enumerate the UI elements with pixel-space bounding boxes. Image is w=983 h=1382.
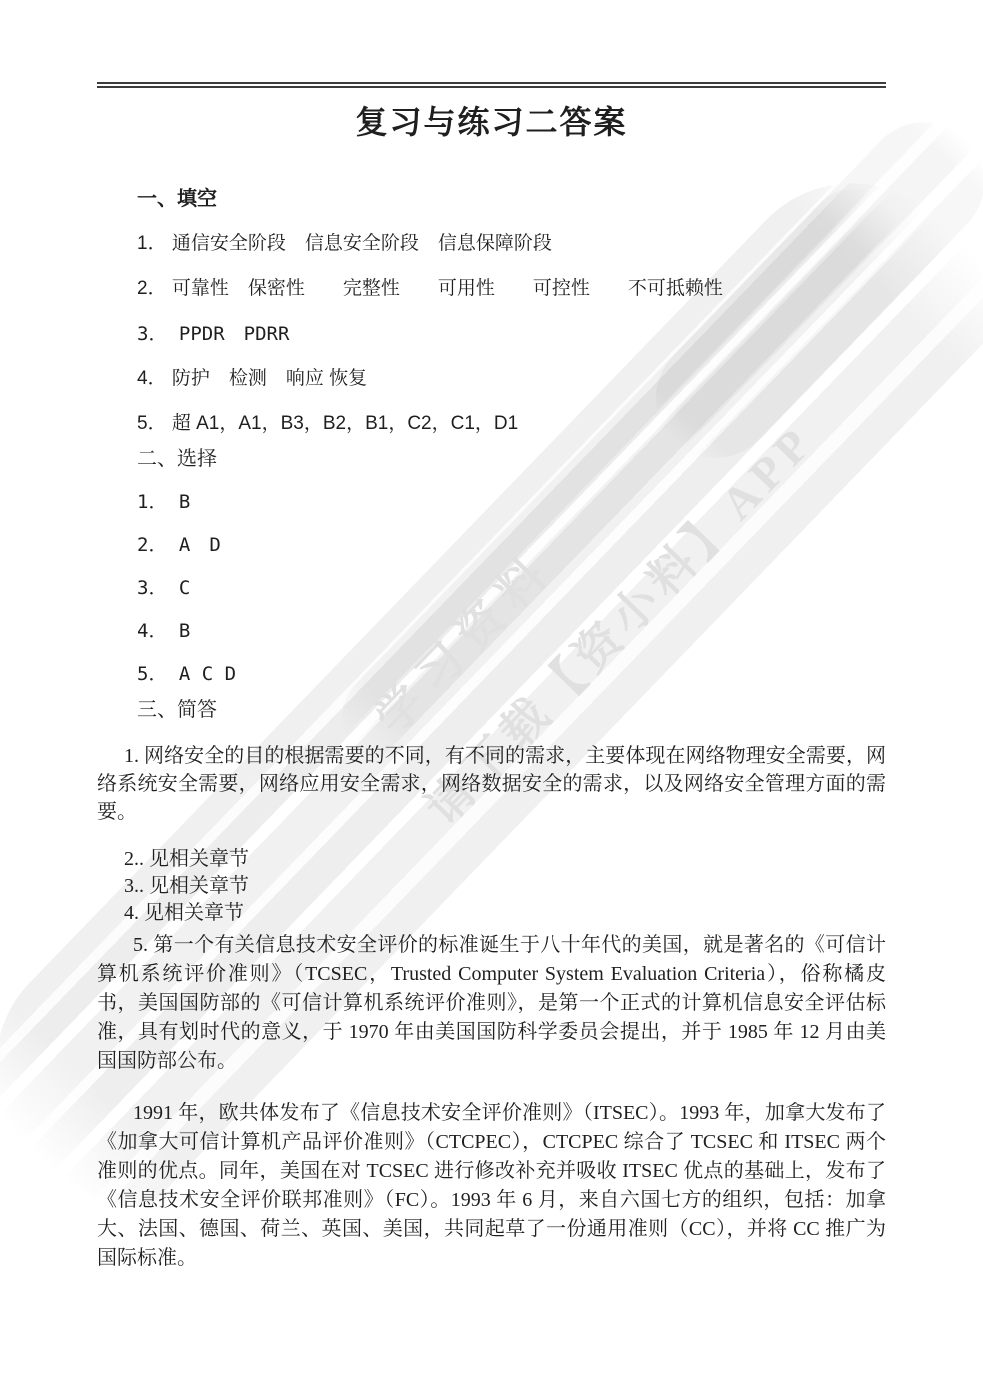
- fill-answer-1: 1． 通信安全阶段 信息安全阶段 信息保障阶段: [97, 233, 886, 255]
- short-answer-5-paragraph-1: 5. 第一个有关信息技术安全评价的标准诞生于八十年代的美国，就是著名的《可信计算…: [97, 931, 886, 1076]
- fill-answer-5: 5． 超 A1，A1，B3，B2，B1，C2，C1，D1: [97, 413, 886, 435]
- fill-answer-3: 3． PPDR PDRR: [97, 323, 886, 345]
- section-heading-multiple-choice: 二、选择: [97, 448, 886, 470]
- choice-answer-4: 4． B: [97, 620, 886, 642]
- page-title: 复习与练习二答案: [97, 102, 886, 142]
- short-answer-2: 2.. 见相关章节: [97, 846, 886, 873]
- short-answer-4: 4. 见相关章节: [97, 900, 886, 927]
- section-heading-fill-blanks: 一、填空: [97, 188, 886, 210]
- header-double-rule: [97, 82, 886, 88]
- choice-answer-3: 3． C: [97, 577, 886, 599]
- short-answer-see-chapter-group: 2.. 见相关章节 3.. 见相关章节 4. 见相关章节: [97, 846, 886, 927]
- section-heading-short-answer: 三、简答: [97, 699, 886, 721]
- document-page: 学习资料 请下载【资小料】APP 复习与练习二答案 一、填空 1． 通信安全阶段…: [0, 0, 983, 1382]
- choice-answer-5: 5． A C D: [97, 663, 886, 685]
- fill-answer-2: 2． 可靠性 保密性 完整性 可用性 可控性 不可抵赖性: [97, 278, 886, 300]
- document-content: 复习与练习二答案 一、填空 1． 通信安全阶段 信息安全阶段 信息保障阶段 2．…: [0, 82, 983, 1273]
- fill-answer-4: 4． 防护 检测 响应 恢复: [97, 368, 886, 390]
- choice-answer-2: 2． A D: [97, 534, 886, 556]
- choice-answer-1: 1． B: [97, 491, 886, 513]
- short-answer-5-paragraph-2: 1991 年，欧共体发布了《信息技术安全评价准则》（ITSEC）。1993 年，…: [97, 1099, 886, 1273]
- short-answer-1-paragraph: 1. 网络安全的目的根据需要的不同，有不同的需求，主要体现在网络物理安全需要，网…: [97, 742, 886, 826]
- short-answer-3: 3.. 见相关章节: [97, 873, 886, 900]
